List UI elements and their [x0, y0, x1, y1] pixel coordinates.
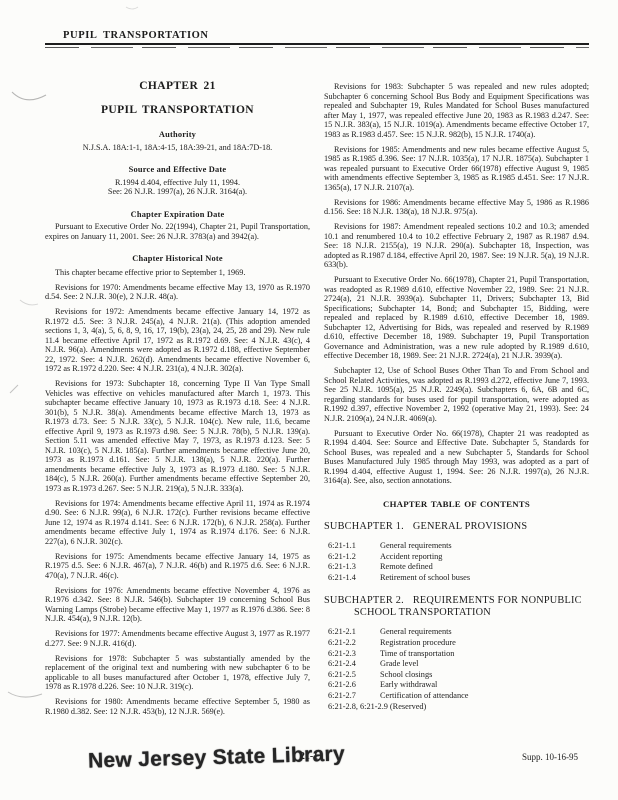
historical-paragraph: Revisions for 1987: Amendment repealed s…	[324, 222, 589, 270]
toc-entry: 6:21-1.3 Remote defined	[328, 562, 589, 573]
scan-artifact-mark	[12, 92, 46, 100]
historical-paragraph: Revisions for 1983: Subchapter 5 was rep…	[324, 82, 589, 139]
library-stamp: New Jersey State Library	[88, 742, 346, 773]
historical-paragraph: Pursuant to Executive Order No. 66(1978)…	[324, 275, 589, 361]
historical-paragraph: This chapter became effective prior to S…	[45, 268, 310, 278]
subchapter-1-title: SUBCHAPTER 1.GENERAL PROVISIONS	[324, 521, 589, 533]
subchapter-1-entries: 6:21-1.1 General requirements 6:21-1.2 A…	[324, 541, 589, 583]
document-page: PUPIL TRANSPORTATION CHAPTER 21 PUPIL TR…	[0, 0, 618, 800]
historical-paragraph: Revisions for 1972: Amendments became ef…	[45, 307, 310, 374]
toc-entry-title: General requirements	[378, 541, 589, 552]
toc-entry: 6:21-1.2 Accident reporting	[328, 552, 589, 563]
subchapter-1-label: SUBCHAPTER 1.	[324, 521, 404, 532]
historical-paragraph: Revisions for 1977: Amendments became ef…	[45, 629, 310, 648]
two-column-body: CHAPTER 21 PUPIL TRANSPORTATION Authorit…	[45, 70, 589, 724]
toc-entry-title: Certification of attendance	[378, 691, 589, 702]
toc-entry: 6:21-2.2 Registration procedure	[328, 638, 589, 649]
toc-entry-number: 6:21-2.3	[328, 649, 378, 660]
toc-entry-number: 6:21-2.6	[328, 680, 378, 691]
toc-entry-number: 6:21-2.8, 6:21-2.9	[328, 702, 388, 713]
toc-entry-number: 6:21-1.2	[328, 552, 378, 563]
expiration-heading: Chapter Expiration Date	[45, 210, 310, 220]
historical-paragraph: Revisions for 1978: Subchapter 5 was sub…	[45, 654, 310, 692]
left-column: CHAPTER 21 PUPIL TRANSPORTATION Authorit…	[45, 70, 310, 724]
toc-entry: 6:21-1.1 General requirements	[328, 541, 589, 552]
scan-artifact-mark	[20, 300, 38, 305]
historical-paragraph: Revisions for 1980: Amendments became ef…	[45, 697, 310, 716]
supplement-date: Supp. 10-16-95	[522, 752, 578, 762]
authority-heading: Authority	[45, 130, 310, 140]
header-rule	[45, 43, 589, 45]
toc-entry-number: 6:21-1.4	[328, 573, 378, 584]
historical-paragraph: Revisions for 1970: Amendments became ef…	[45, 283, 310, 302]
toc-entry: 6:21-2.1 General requirements	[328, 627, 589, 638]
toc-entry: 6:21-2.6 Early withdrawal	[328, 680, 589, 691]
toc-entry-number: 6:21-1.1	[328, 541, 378, 552]
historical-paragraph: Revisions for 1985: Amendments and new r…	[324, 145, 589, 193]
source-date-line1: R.1994 d.404, effective July 11, 1994.	[45, 178, 310, 188]
historical-paragraph: Revisions for 1975: Amendments became ef…	[45, 552, 310, 581]
historical-paragraph: Revisions for 1986: Amendments became ef…	[324, 198, 589, 217]
toc-entry-number: 6:21-2.5	[328, 670, 378, 681]
scan-artifact-mark	[8, 692, 42, 697]
toc-heading: CHAPTER TABLE OF CONTENTS	[324, 500, 589, 510]
historical-note-right: Revisions for 1983: Subchapter 5 was rep…	[324, 82, 589, 486]
toc-entry-title: (Reserved)	[388, 702, 589, 713]
toc-entry-title: Grade level	[378, 659, 589, 670]
chapter-title-heading: PUPIL TRANSPORTATION	[45, 104, 310, 117]
subchapter-2-label: SUBCHAPTER 2.	[324, 595, 404, 606]
authority-text: N.J.S.A. 18A:1-1, 18A:4-15, 18A:39-21, a…	[45, 143, 310, 153]
historical-paragraph: Revisions for 1976: Amendments became ef…	[45, 586, 310, 624]
toc-entry-title: Retirement of school buses	[378, 573, 589, 584]
subchapter-2-title: SUBCHAPTER 2.REQUIREMENTS FOR NONPUBLIC …	[324, 595, 589, 619]
toc-entry-title: Remote defined	[378, 562, 589, 573]
historical-paragraph: Revisions for 1974: Amendments became ef…	[45, 499, 310, 547]
toc-entry: 6:21-2.4 Grade level	[328, 659, 589, 670]
toc-entry-title: Registration procedure	[378, 638, 589, 649]
historical-paragraph: Revisions for 1973: Subchapter 18, conce…	[45, 379, 310, 493]
historical-paragraph: Subchapter 12, Use of School Buses Other…	[324, 366, 589, 423]
historical-note-heading: Chapter Historical Note	[45, 254, 310, 264]
toc-entry-number: 6:21-2.7	[328, 691, 378, 702]
toc-entry: 6:21-1.4 Retirement of school buses	[328, 573, 589, 584]
toc-entry-number: 6:21-1.3	[328, 562, 378, 573]
toc-entry: 6:21-2.3 Time of transportation	[328, 649, 589, 660]
toc-entry-title: Early withdrawal	[378, 680, 589, 691]
subchapter-2-entries: 6:21-2.1 General requirements 6:21-2.2 R…	[324, 627, 589, 712]
source-date-heading: Source and Effective Date	[45, 165, 310, 175]
toc-entry-title: General requirements	[378, 627, 589, 638]
source-date-line2: See: 26 N.J.R. 1997(a), 26 N.J.R. 3164(a…	[45, 187, 310, 197]
historical-note-left: This chapter became effective prior to S…	[45, 268, 310, 717]
toc-entry-number: 6:21-2.2	[328, 638, 378, 649]
scan-artifact-mark	[126, 7, 138, 9]
toc-entry-number: 6:21-2.1	[328, 627, 378, 638]
toc-entry-title: Time of transportation	[378, 649, 589, 660]
chapter-number-heading: CHAPTER 21	[45, 80, 310, 93]
toc-entry: 6:21-2.5 School closings	[328, 670, 589, 681]
toc-entry-title: School closings	[378, 670, 589, 681]
expiration-text: Pursuant to Executive Order No. 22(1994)…	[45, 222, 310, 241]
subchapter-1-name: GENERAL PROVISIONS	[413, 521, 528, 532]
toc-entry: 6:21-2.7 Certification of attendance	[328, 691, 589, 702]
toc-entry-number: 6:21-2.4	[328, 659, 378, 670]
running-header-title: PUPIL TRANSPORTATION	[45, 30, 589, 41]
scan-artifact-mark	[10, 385, 18, 393]
right-column: Revisions for 1983: Subchapter 5 was rep…	[324, 70, 589, 724]
toc-entry: 6:21-2.8, 6:21-2.9 (Reserved)	[328, 702, 589, 713]
header-rule-secondary	[45, 47, 589, 48]
historical-paragraph: Pursuant to Executive Order No. 66(1978)…	[324, 429, 589, 486]
toc-entry-title: Accident reporting	[378, 552, 589, 563]
running-header: PUPIL TRANSPORTATION	[45, 30, 589, 48]
